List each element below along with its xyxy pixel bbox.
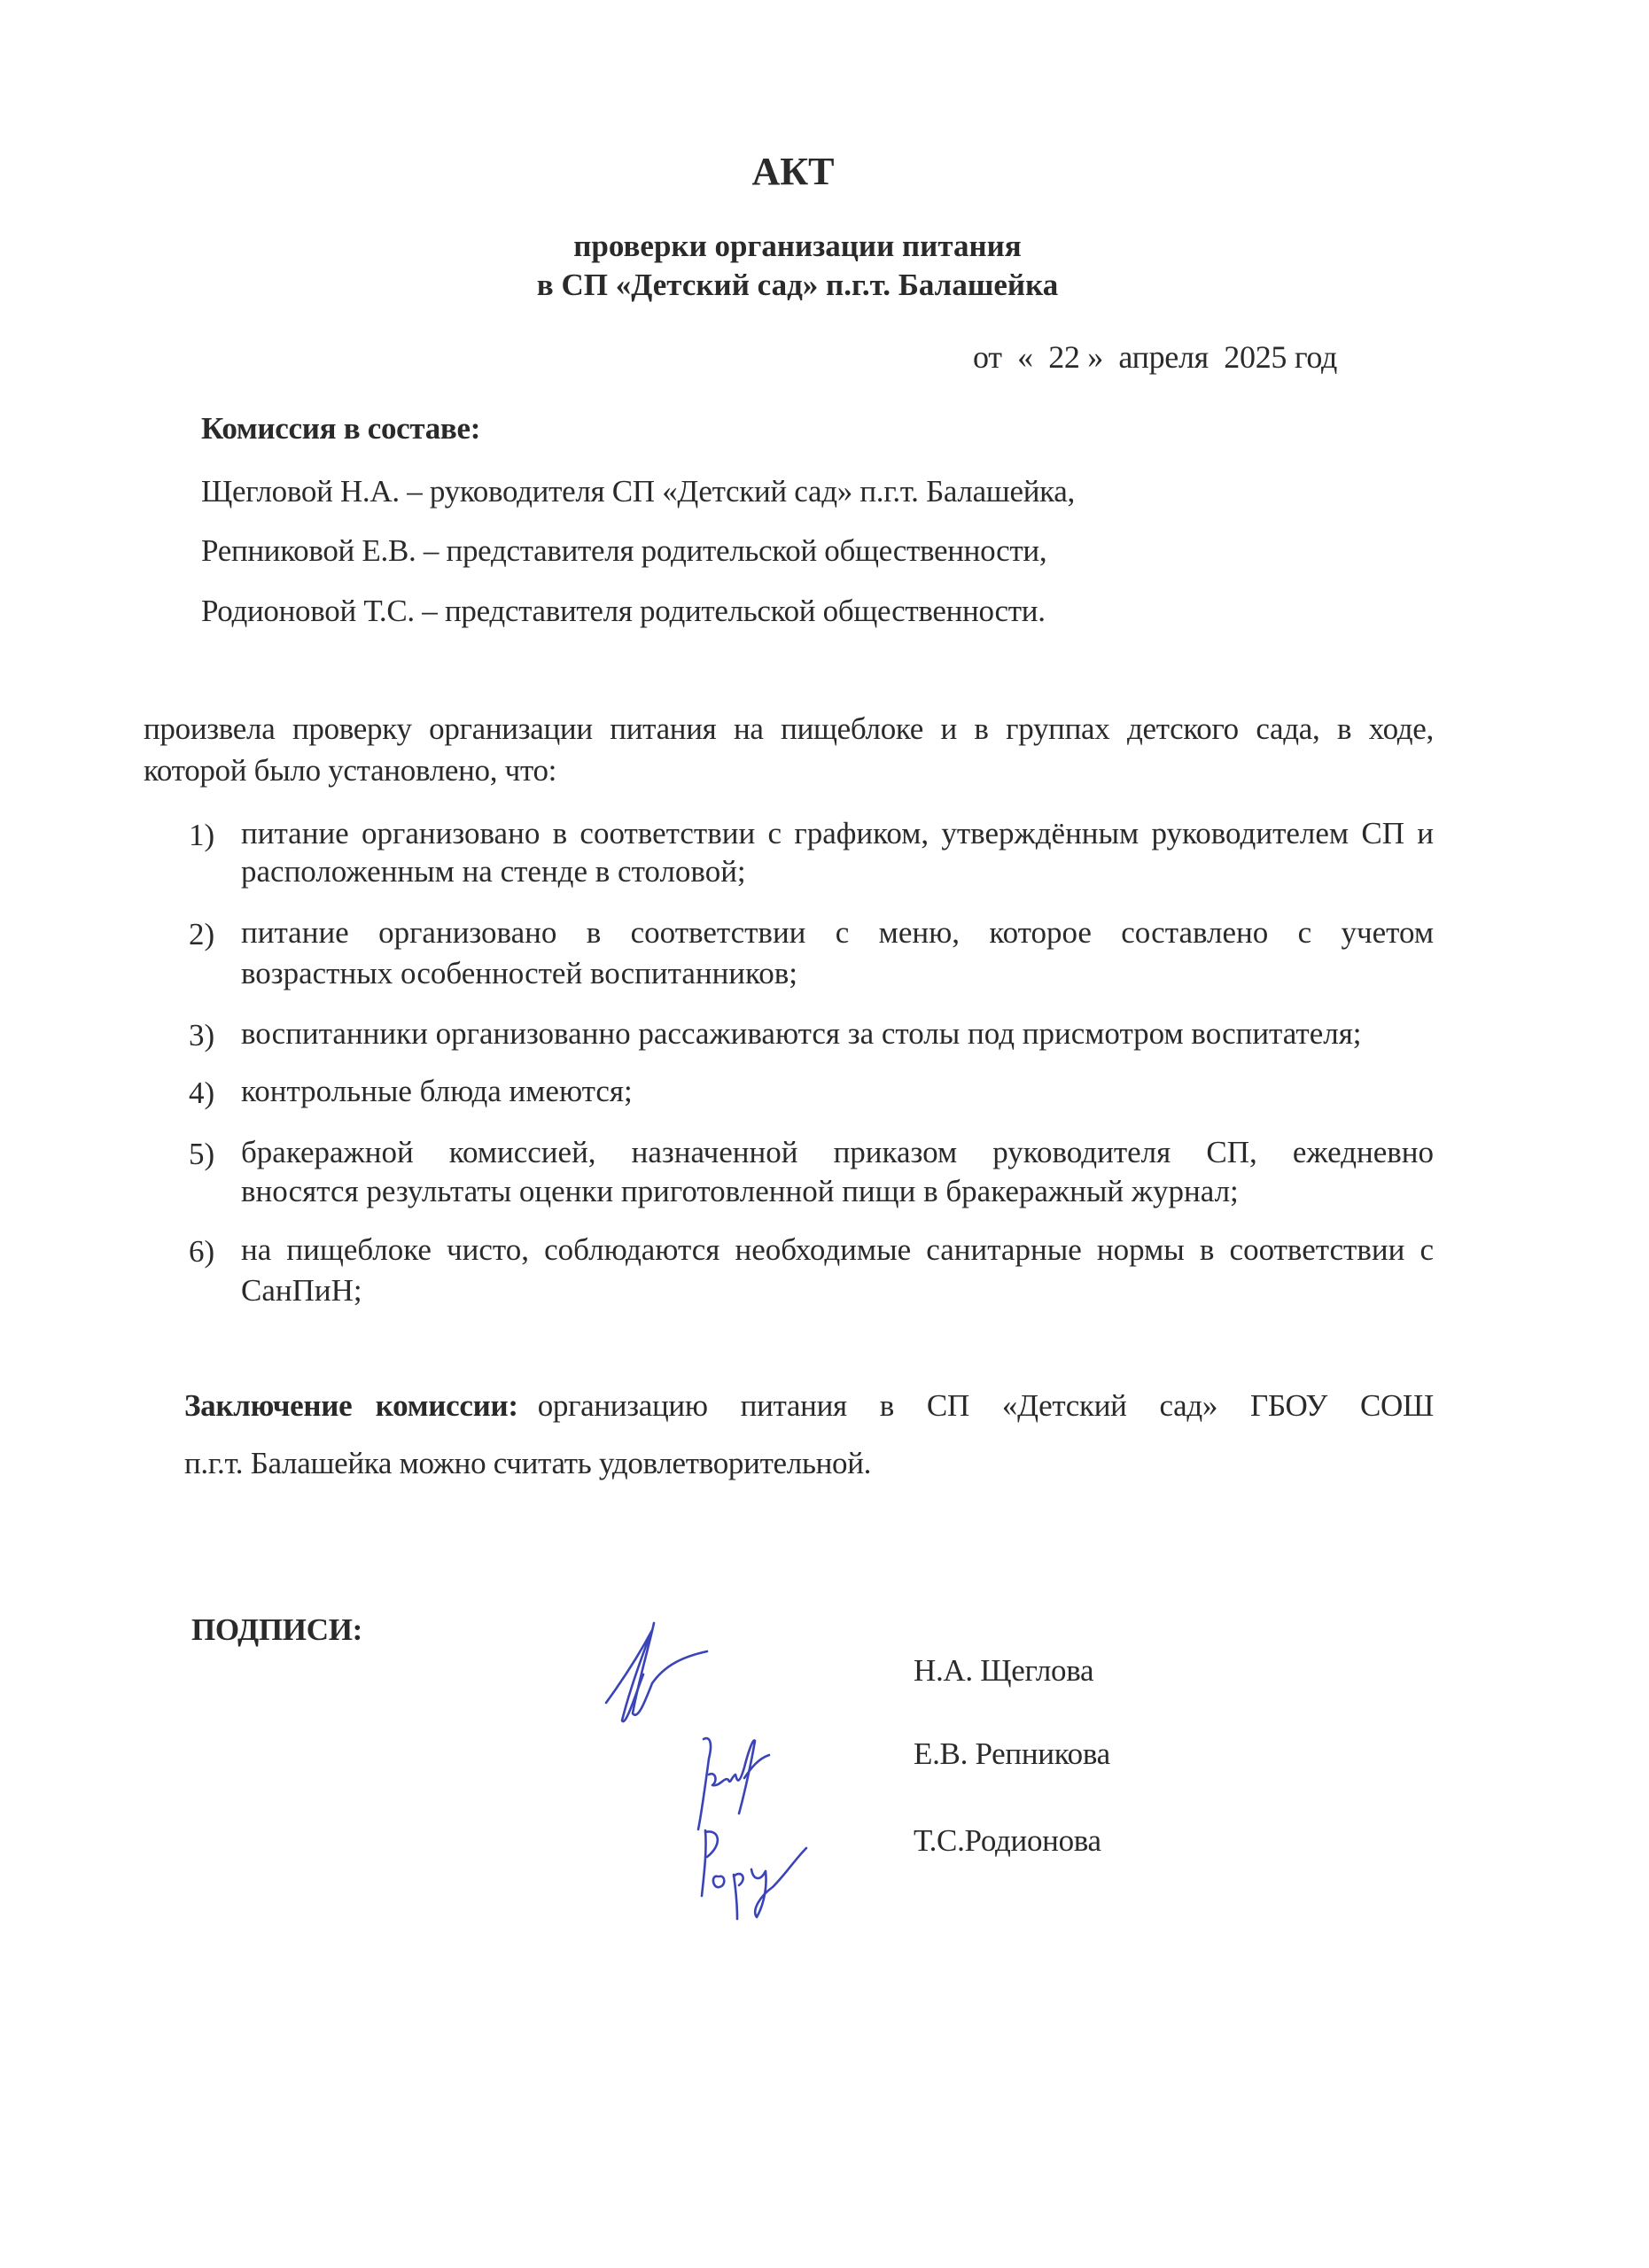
finding-text-line-2: расположенным на стенде в столовой; xyxy=(241,856,1434,887)
handwritten-signature-icon xyxy=(693,1732,790,1838)
date-year: 2025 xyxy=(1224,339,1287,375)
finding-text-line-1: воспитанники организованно рассаживаются… xyxy=(241,1018,1434,1049)
finding-number: 6) xyxy=(189,1234,214,1270)
handwritten-signature-icon xyxy=(698,1825,813,1922)
subtitle-line-2: в СП «Детский сад» п.г.т. Балашейка xyxy=(0,268,1595,303)
document-title: АКТ xyxy=(0,149,1586,194)
signatory-name-2: Е.В. Репникова xyxy=(914,1738,1110,1769)
date-close-quote: » xyxy=(1087,339,1103,375)
subtitle-line-1: проверки организации питания xyxy=(0,229,1595,264)
signature-rodionova xyxy=(698,1825,813,1927)
finding-text-line-1: контрольные блюда имеются; xyxy=(241,1076,1434,1107)
signature-shcheglova xyxy=(603,1621,727,1741)
conclusion-label: Заключение комиссии: xyxy=(184,1390,518,1421)
finding-text-line-1: питание организовано в соответствии с ме… xyxy=(241,917,1434,948)
commission-member-3: Родионовой Т.С. – представителя родитель… xyxy=(201,595,1046,626)
signatory-name-1: Н.А. Щеглова xyxy=(914,1655,1093,1686)
finding-number: 2) xyxy=(189,917,214,952)
date-day: 22 xyxy=(1048,339,1079,375)
finding-text-line-1: на пищеблоке чисто, соблюдаются необходи… xyxy=(241,1234,1434,1265)
finding-number: 5) xyxy=(189,1137,214,1172)
conclusion-line-2: п.г.т. Балашейка можно считать удовлетво… xyxy=(184,1448,871,1479)
signatory-name-3: Т.С.Родионова xyxy=(914,1825,1101,1856)
handwritten-signature-icon xyxy=(603,1621,727,1736)
conclusion-text-1: организацию питания в СП «Детский сад» Г… xyxy=(538,1390,1434,1421)
finding-text-line-1: бракеражной комиссией, назначенной прика… xyxy=(241,1137,1434,1168)
finding-number: 4) xyxy=(189,1076,214,1111)
date-prefix: от xyxy=(973,339,1002,375)
date-suffix: год xyxy=(1295,339,1337,375)
commission-heading: Комиссия в составе: xyxy=(201,413,480,444)
commission-member-1: Щегловой Н.А. – руководителя СП «Детский… xyxy=(201,476,1075,507)
finding-text-line-2: возрастных особенностей воспитанников; xyxy=(241,958,1434,989)
document-date: от « 22 » апреля 2025 год xyxy=(973,341,1337,373)
finding-number: 3) xyxy=(189,1018,214,1053)
date-month: апреля xyxy=(1118,339,1208,375)
finding-number: 1) xyxy=(189,818,214,853)
finding-text-line-2: вносятся результаты оценки приготовленно… xyxy=(241,1176,1434,1207)
intro-line-1: произвела проверку организации питания н… xyxy=(144,713,1434,744)
conclusion-line-1: Заключение комиссии: организацию питания… xyxy=(184,1390,1434,1421)
signatures-heading: ПОДПИСИ: xyxy=(191,1614,362,1645)
finding-text-line-2: СанПиН; xyxy=(241,1275,1434,1306)
finding-text-line-1: питание организовано в соответствии с гр… xyxy=(241,818,1434,849)
intro-line-2: которой было установлено, что: xyxy=(144,755,556,786)
date-open-quote: « xyxy=(1017,339,1033,375)
commission-member-2: Репниковой Е.В. – представителя родитель… xyxy=(201,535,1046,566)
